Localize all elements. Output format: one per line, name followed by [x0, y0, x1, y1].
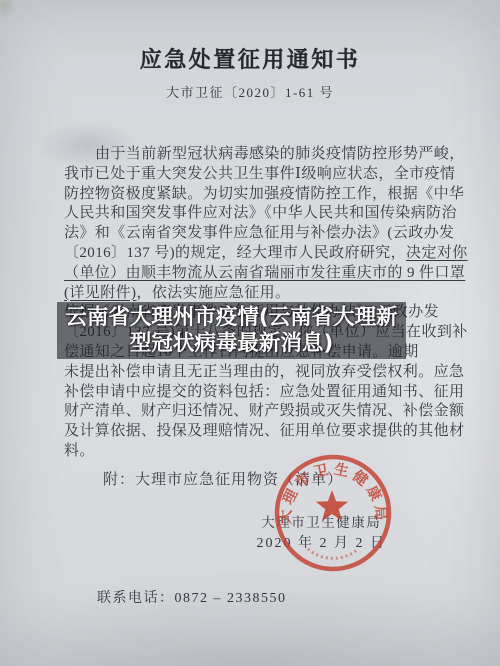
document-photo: 应急处置征用通知书 大市卫征〔2020〕1-61 号 由于当前新型冠状病毒感染的… — [0, 0, 500, 666]
body-line: (详见附件)，依法实施应急征用。 — [64, 284, 436, 304]
underlined-text: (详见附件) — [64, 285, 136, 301]
underlined-text: 决定对你 — [406, 245, 468, 261]
body-text: 及计算依据、投保及理赔情况、征用单位要求提供的其他材 — [64, 423, 464, 439]
body-line: 我市已处于重大突发公共卫生事件Ⅰ级响应状态，全市疫情 — [64, 165, 436, 185]
body-line: 未提出补偿申请且无正当理由的，视同放弃受偿权利。应急 — [64, 363, 436, 383]
body-text: 法》和《云南省突发事件应急征用与补偿办法》(云政办发 — [64, 225, 454, 241]
document-number: 大市卫征〔2020〕1-61 号 — [0, 82, 500, 101]
contact-phone: 联系电话：0872 – 2338550 — [97, 587, 287, 607]
caption-line-2: 型冠状病毒最新消息) — [130, 331, 333, 357]
body-line: 料。 — [64, 442, 436, 462]
body-line: 财产清单、财产归还情况、财产毁损或灭失情况、补偿金额 — [64, 402, 436, 422]
signature-block: 大理市卫生健康局 2020 年 2 月 2 日 — [257, 513, 387, 555]
caption-line-1: 云南省大理州市疫情(云南省大理新 — [65, 305, 397, 331]
body-text: 人民共和国突发事件应对法》《中华人民共和国传染病防治 — [64, 205, 457, 221]
body-line: 及计算依据、投保及理赔情况、征用单位要求提供的其他材 — [64, 422, 436, 442]
attachment-line: 附：大理市应急征用物资（清单） — [103, 468, 343, 489]
document-title: 应急处置征用通知书 — [0, 43, 500, 74]
body-text: 料。 — [64, 443, 95, 459]
body-text: 未提出补偿申请且无正当理由的，视同放弃受偿权利。应急 — [64, 364, 464, 380]
body-text: ，依法实施应急征用。 — [136, 285, 290, 301]
body-text: 我市已处于重大突发公共卫生事件Ⅰ级响应状态，全市疫情 — [64, 166, 455, 182]
body-line: 人民共和国突发事件应对法》《中华人民共和国传染病防治 — [64, 204, 436, 224]
signature-organization: 大理市卫生健康局 — [257, 513, 387, 533]
overlay-caption-banner: 云南省大理州市疫情(云南省大理新 型冠状病毒最新消息) — [57, 302, 406, 359]
underlined-text: （单位）由顺丰物流从云南省瑞丽市发往重庆市的 9 件口罩 — [64, 265, 465, 281]
signature-date: 2020 年 2 月 2 日 — [257, 533, 387, 555]
body-text: 由于当前新型冠状病毒感染的肺炎疫情防控形势严峻， — [95, 146, 465, 162]
body-text: 补偿申请中应提交的资料包括：应急处置征用通知书、征用 — [64, 384, 464, 400]
body-line: 补偿申请中应提交的资料包括：应急处置征用通知书、征用 — [64, 383, 436, 403]
body-text: 防控物资极度紧缺。为切实加强疫情防控工作，根据《中华 — [64, 186, 464, 202]
body-line: 〔2016〕137 号)的规定，经大理市人民政府研究，决定对你 — [64, 244, 436, 264]
body-line: 法》和《云南省突发事件应急征用与补偿办法》(云政办发 — [64, 224, 436, 244]
body-text: 〔2016〕137 号)的规定，经大理市人民政府研究， — [64, 245, 406, 261]
body-text: 财产清单、财产归还情况、财产毁损或灭失情况、补偿金额 — [64, 403, 464, 419]
body-line: 防控物资极度紧缺。为切实加强疫情防控工作，根据《中华 — [64, 185, 436, 205]
body-line: 由于当前新型冠状病毒感染的肺炎疫情防控形势严峻， — [64, 145, 436, 165]
body-line: （单位）由顺丰物流从云南省瑞丽市发往重庆市的 9 件口罩 — [64, 264, 436, 284]
